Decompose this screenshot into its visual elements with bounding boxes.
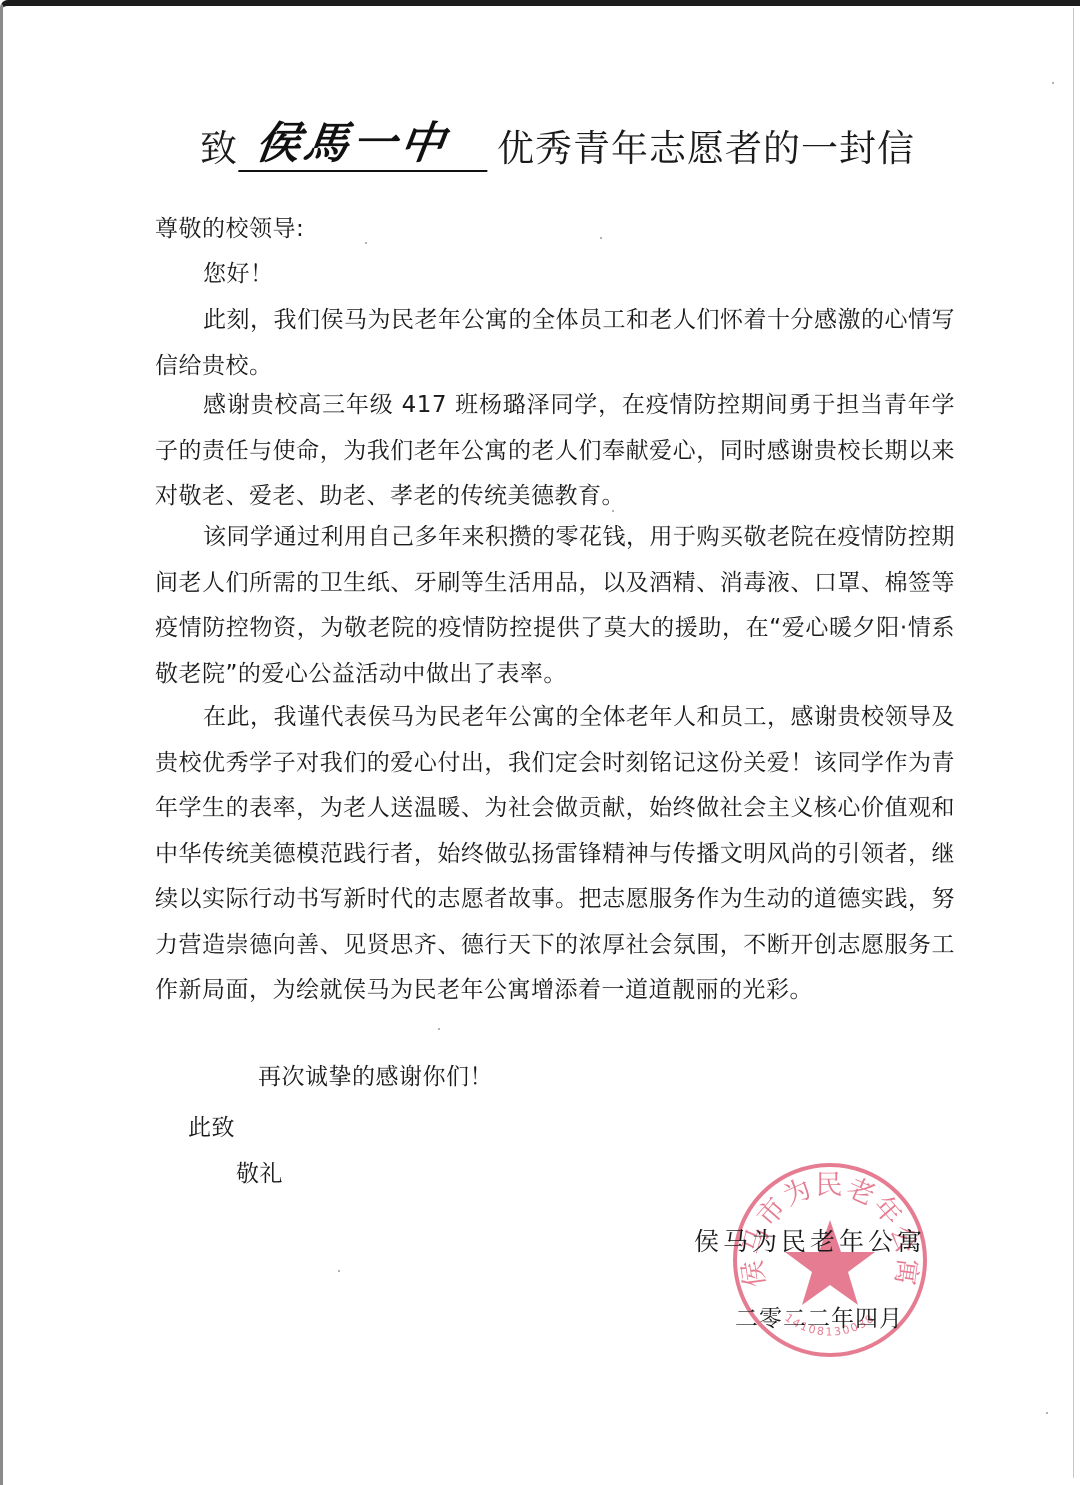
- title-prefix: 致: [200, 118, 238, 172]
- letter-title: 致 侯馬一中 优秀青年志愿者的一封信: [200, 112, 920, 172]
- signature-organization: 侯马为民老年公寓: [694, 1222, 926, 1258]
- greeting: 您好！: [203, 252, 1003, 298]
- paragraph-3: 该同学通过利用自己多年来积攒的零花钱，用于购买敬老院在疫情防控期间老人们所需的卫…: [155, 515, 955, 697]
- scan-edge: [1073, 8, 1074, 1478]
- handwritten-recipient: 侯馬一中: [238, 118, 495, 172]
- title-suffix: 优秀青年志愿者的一封信: [497, 118, 915, 172]
- paragraph-1: 此刻，我们侯马为民老年公寓的全体员工和老人们怀着十分感激的心情写信给贵校。: [155, 298, 955, 389]
- salutation: 尊敬的校领导:: [155, 207, 955, 253]
- paragraph-2: 感谢贵校高三年级 417 班杨璐泽同学，在疫情防控期间勇于担当青年学子的责任与使…: [155, 383, 955, 520]
- signature-date: 二零二二年四月: [735, 1300, 903, 1333]
- closing-thanks: 再次诚挚的感谢你们！: [258, 1055, 1058, 1101]
- paragraph-4: 在此，我谨代表侯马为民老年公寓的全体老年人和员工，感谢贵校领导及贵校优秀学子对我…: [155, 695, 955, 1014]
- closing-cizhi: 此致: [188, 1106, 988, 1152]
